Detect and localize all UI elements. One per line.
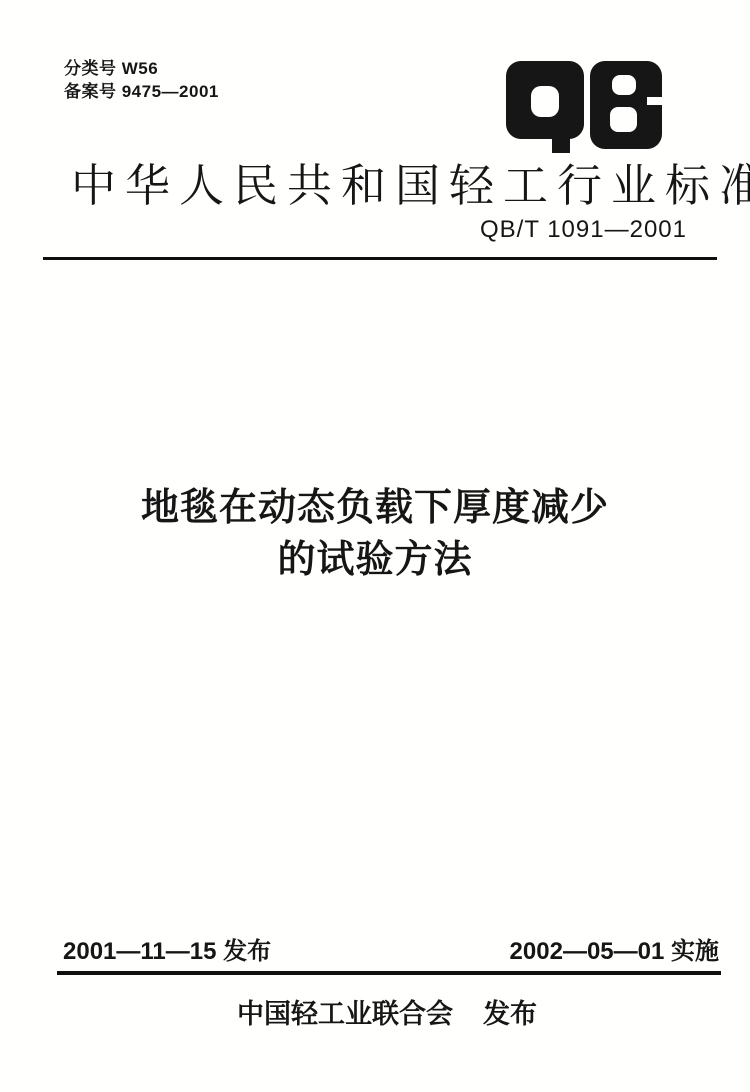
qb-logo-icon — [506, 61, 662, 153]
classification-block: 分类号 W56 备案号 9475—2001 — [64, 57, 219, 103]
standard-category-title: 中华人民共和国轻工行业标准 — [71, 160, 750, 212]
document-title: 地毯在动态负载下厚度减少 的试验方法 — [0, 482, 750, 586]
top-divider — [43, 257, 717, 260]
publisher-row: 中国轻工业联合会 发布 — [12, 997, 750, 1031]
classification-number: 分类号 W56 — [64, 57, 219, 80]
document-title-line1: 地毯在动态负载下厚度减少 — [0, 482, 750, 534]
dates-row: 2001—11—15 发布 2002—05—01 实施 — [63, 938, 719, 966]
publish-label: 发布 — [483, 997, 537, 1031]
qb-logo: QB — [506, 61, 662, 153]
record-number: 备案号 9475—2001 — [64, 80, 219, 103]
standard-cover-page: 分类号 W56 备案号 9475—2001 QB 中华人民共和国轻工行业标准 Q… — [0, 0, 750, 1092]
implementation-date: 2002—05—01 实施 — [510, 938, 719, 966]
bottom-divider — [57, 971, 721, 975]
publisher-name: 中国轻工业联合会 — [237, 997, 453, 1031]
document-title-line2: 的试验方法 — [0, 534, 750, 586]
standard-number: QB/T 1091—2001 — [480, 216, 687, 244]
issue-date: 2001—11—15 发布 — [63, 938, 271, 966]
